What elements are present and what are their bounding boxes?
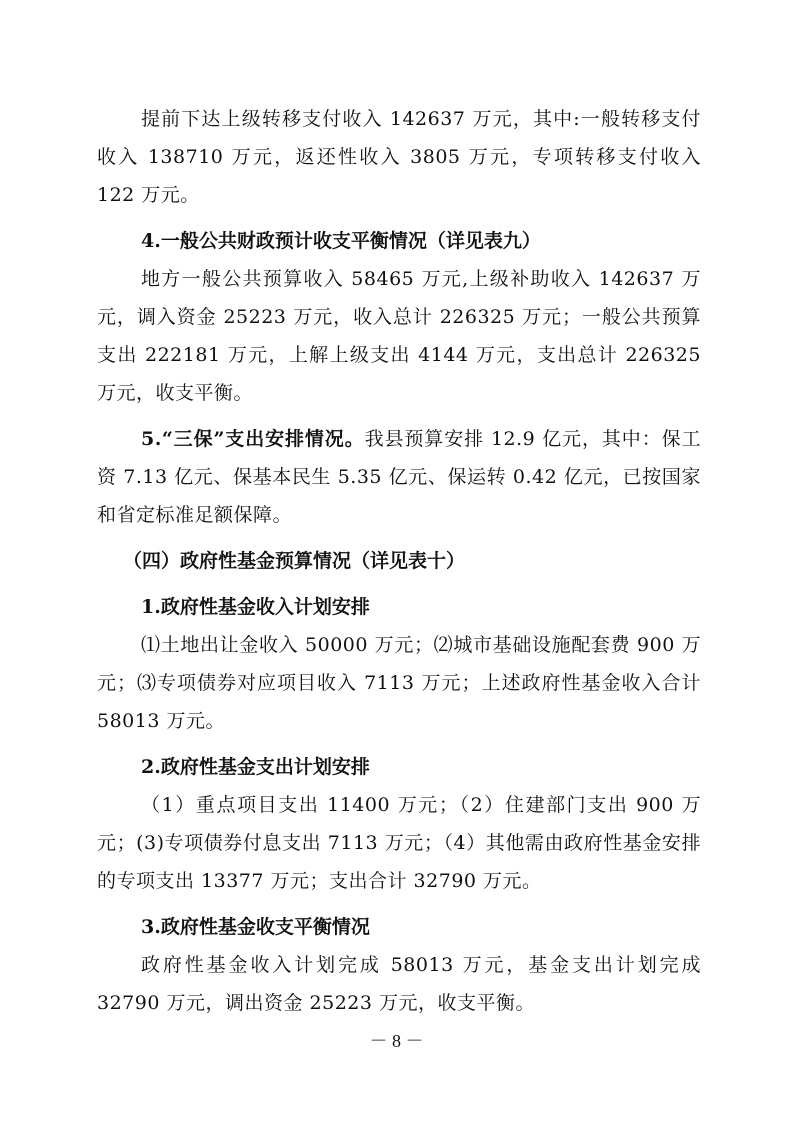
heading-general-budget-balance: 4.一般公共财政预计收支平衡情况（详见表九） <box>97 222 701 260</box>
paragraph-fund-expenditure-plan: （1）重点项目支出 11400 万元；（2）住建部门支出 900 万元；(3)专… <box>97 786 701 900</box>
paragraph-fund-income-plan: ⑴土地出让金收入 50000 万元；⑵城市基础设施配套费 900 万元；⑶专项债… <box>97 626 701 740</box>
heading-fund-expenditure-plan: 2.政府性基金支出计划安排 <box>97 748 701 786</box>
heading-fund-income-plan: 1.政府性基金收入计划安排 <box>97 588 701 626</box>
heading-fund-balance: 3.政府性基金收支平衡情况 <box>97 908 701 946</box>
heading-section-four: （四）政府性基金预算情况（详见表十） <box>97 542 701 580</box>
paragraph-transfer-income: 提前下达上级转移支付收入 142637 万元，其中:一般转移支付收入 13871… <box>97 100 701 214</box>
page-number: － 8 － <box>0 1027 793 1053</box>
heading-three-guarantees: 5.“三保”支出安排情况。 <box>141 428 365 450</box>
paragraph-general-budget-balance: 地方一般公共预算收入 58465 万元,上级补助收入 142637 万元，调入资… <box>97 260 701 412</box>
document-page: 提前下达上级转移支付收入 142637 万元，其中:一般转移支付收入 13871… <box>97 100 701 1022</box>
paragraph-three-guarantees: 5.“三保”支出安排情况。我县预算安排 12.9 亿元，其中：保工资 7.13 … <box>97 420 701 534</box>
paragraph-fund-balance: 政府性基金收入计划完成 58013 万元，基金支出计划完成 32790 万元，调… <box>97 946 701 1022</box>
